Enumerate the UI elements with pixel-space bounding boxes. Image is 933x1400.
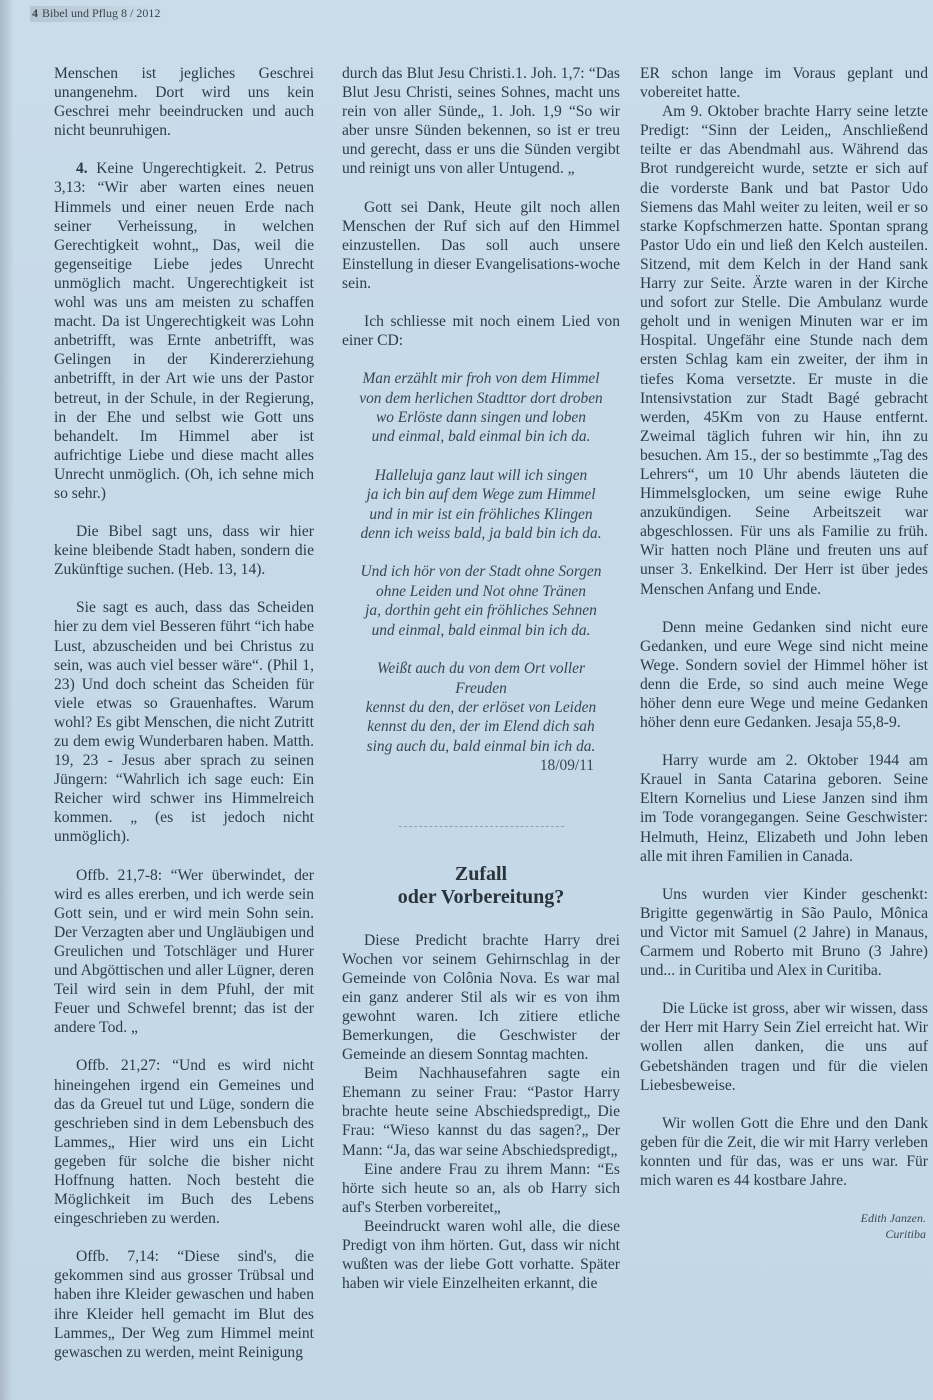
lyric-line: und einmal, bald einmal bin ich da.: [342, 621, 620, 640]
page-number: 4: [32, 6, 38, 20]
magazine-page: 4Bibel und Pflug 8 / 2012 Menschen ist j…: [0, 0, 933, 1400]
lyric-line: und einmal, bald einmal bin ich da.: [342, 427, 620, 446]
column-2: durch das Blut Jesu Christi.1. Joh. 1,7:…: [342, 64, 620, 1293]
paragraph: Denn meine Gedanken sind nicht eure Geda…: [640, 618, 928, 733]
paragraph: Menschen ist jegliches Geschrei unangene…: [54, 64, 314, 140]
paragraph: Wir wollen Gott die Ehre und den Dank ge…: [640, 1114, 928, 1190]
title-line: oder Vorbereitung?: [342, 886, 620, 909]
column-3: ER schon lange im Voraus geplant und vob…: [640, 64, 928, 1242]
paragraph: Gott sei Dank, Heute gilt noch allen Men…: [342, 198, 620, 293]
paragraph: Eine andere Frau zu ihrem Mann: “Es hört…: [342, 1160, 620, 1217]
paragraph: ER schon lange im Voraus geplant und vob…: [640, 64, 928, 102]
paragraph: Beim Nachhausefahren sagte ein Ehemann z…: [342, 1064, 620, 1159]
lyric-line: wo Erlöste dann singen und loben: [342, 408, 620, 427]
running-header: 4Bibel und Pflug 8 / 2012: [30, 6, 166, 22]
page-spine-shadow: [0, 0, 14, 1400]
paragraph-text: Keine Ungerechtigkeit. 2. Petrus 3,13: “…: [54, 160, 314, 502]
lyric-line: ja ich bin auf dem Wege zum Himmel: [342, 485, 620, 504]
stanza: Weißt auch du von dem Ort voller Freuden…: [342, 659, 620, 775]
lyric-line: Halleluja ganz laut will ich singen: [342, 466, 620, 485]
paragraph: Offb. 7,14: “Diese sind's, die gekommen …: [54, 1247, 314, 1362]
lyric-line: ja, dorthin geht ein fröhliches Sehnen: [342, 601, 620, 620]
lyric-line: ohne Leiden und Not ohne Tränen: [342, 582, 620, 601]
paragraph: Harry wurde am 2. Oktober 1944 am Krauel…: [640, 751, 928, 866]
lyric-line: und in mir ist ein fröhliches Klingen: [342, 505, 620, 524]
title-line: Zufall: [342, 863, 620, 886]
author-signature: Edith Janzen. Curitiba: [640, 1210, 928, 1242]
lyric-line: Man erzählt mir froh von dem Himmel: [342, 369, 620, 388]
paragraph: Diese Predicht brachte Harry drei Wochen…: [342, 931, 620, 1065]
paragraph: Uns wurden vier Kinder geschenkt: Brigit…: [640, 885, 928, 980]
lyric-line: kennst du den, der erlöset von Leiden: [342, 698, 620, 717]
paragraph: durch das Blut Jesu Christi.1. Joh. 1,7:…: [342, 64, 620, 179]
lyric-line: Und ich hör von der Stadt ohne Sorgen: [342, 562, 620, 581]
section-divider: [399, 826, 564, 827]
stanza: Man erzählt mir froh von dem Himmel von …: [342, 369, 620, 447]
publication-title: Bibel und Pflug 8 / 2012: [42, 6, 160, 20]
paragraph: Die Lücke ist gross, aber wir wissen, da…: [640, 999, 928, 1094]
lyric-line: denn ich weiss bald, ja bald bin ich da.: [342, 524, 620, 543]
paragraph: Ich schliesse mit noch einem Lied von ei…: [342, 312, 620, 350]
column-1: Menschen ist jegliches Geschrei unangene…: [54, 64, 314, 1362]
author-name: Edith Janzen.: [640, 1210, 926, 1226]
lyric-line: Weißt auch du von dem Ort voller: [342, 659, 620, 678]
paragraph: Am 9. Oktober brachte Harry seine letzte…: [640, 102, 928, 598]
paragraph: 4. Keine Ungerechtigkeit. 2. Petrus 3,13…: [54, 159, 314, 503]
lyric-line: kennst du den, der im Elend dich sah: [342, 717, 620, 736]
stanza: Und ich hör von der Stadt ohne Sorgen oh…: [342, 562, 620, 640]
song-lyrics: Man erzählt mir froh von dem Himmel von …: [342, 369, 620, 775]
paragraph: Offb. 21,27: “Und es wird nicht hineinge…: [54, 1056, 314, 1228]
author-city: Curitiba: [640, 1226, 926, 1242]
paragraph: Offb. 21,7-8: “Wer überwindet, der wird …: [54, 866, 314, 1038]
paragraph: Sie sagt es auch, dass das Scheiden hier…: [54, 598, 314, 846]
poem-date: 18/09/11: [342, 756, 620, 775]
lyric-line: sing auch du, bald einmal bin ich da.: [342, 737, 620, 756]
list-number: 4.: [76, 160, 88, 177]
stanza: Halleluja ganz laut will ich singen ja i…: [342, 466, 620, 544]
paragraph: Beeindruckt waren wohl alle, die diese P…: [342, 1217, 620, 1293]
lyric-line: Freuden: [342, 679, 620, 698]
lyric-line: von dem herlichen Stadttor dort droben: [342, 389, 620, 408]
paragraph: Die Bibel sagt uns, dass wir hier keine …: [54, 522, 314, 579]
article-title: Zufall oder Vorbereitung?: [342, 863, 620, 909]
